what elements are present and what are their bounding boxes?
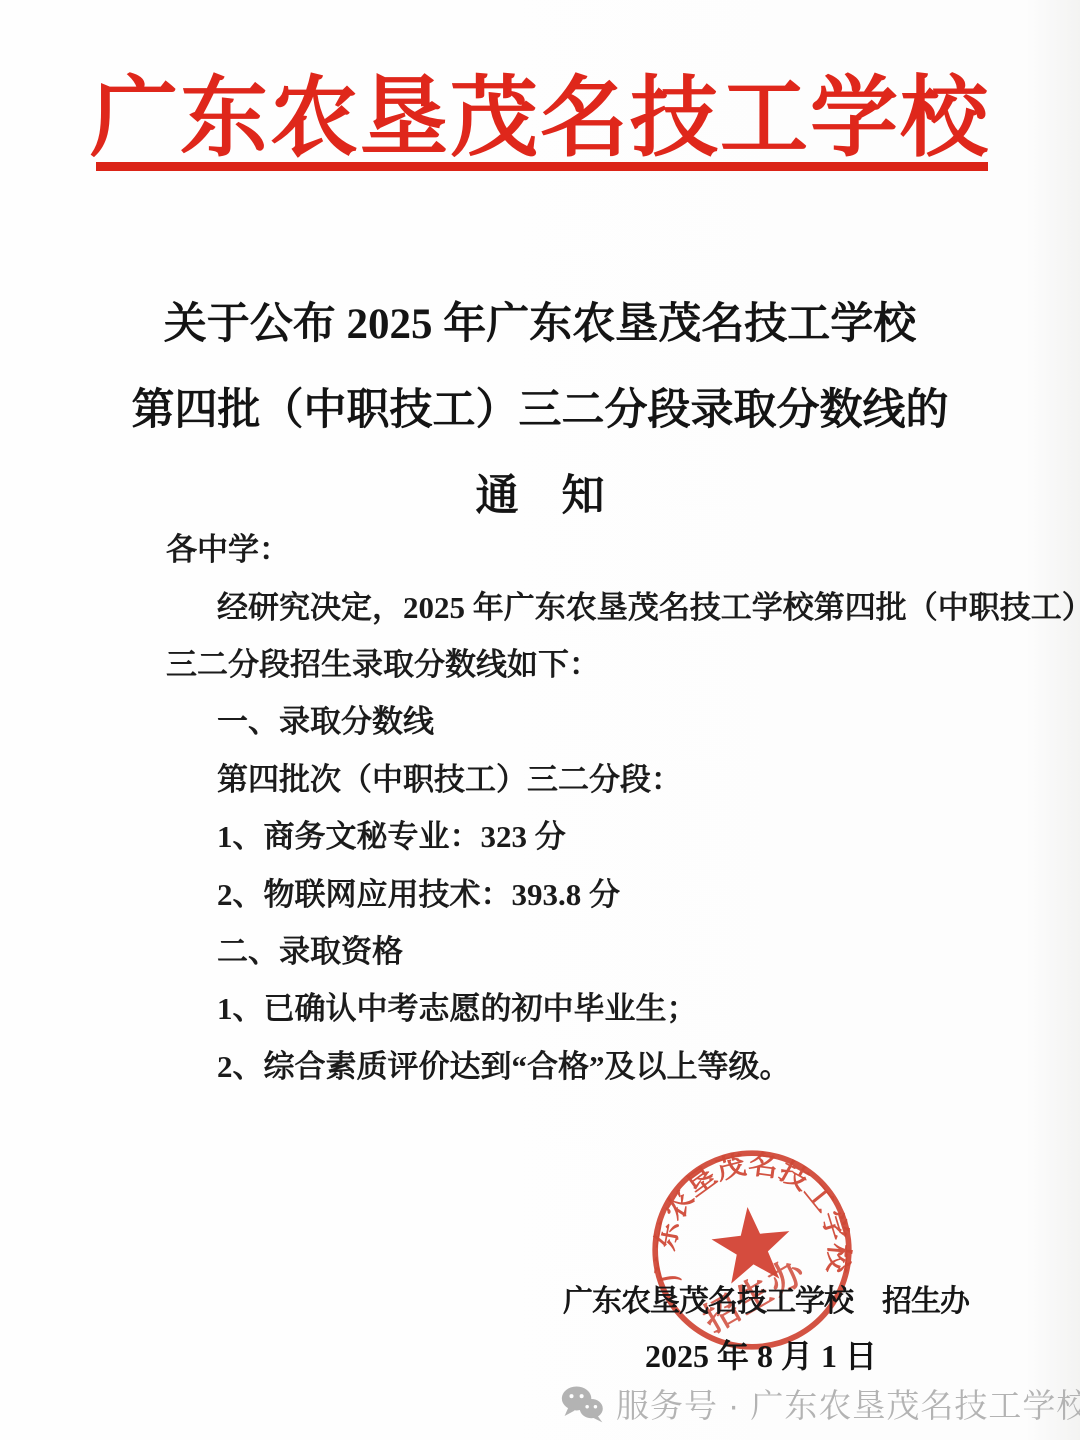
official-seal-stamp: 广东农垦茂名技工学校 招生办 bbox=[639, 1137, 865, 1363]
seal-graphic: 广东农垦茂名技工学校 招生办 bbox=[639, 1137, 865, 1363]
notice-body: 各中学： 经研究决定，2025 年广东农垦茂名技工学校第四批（中职技工） 三二分… bbox=[166, 518, 941, 1092]
letterhead-school-name: 广东农垦茂名技工学校 bbox=[0, 48, 1080, 174]
eligibility-line-2: 2、综合素质评价达到“合格”及以上等级。 bbox=[166, 1035, 941, 1092]
body-line: 第四批次（中职技工）三二分段： bbox=[166, 748, 941, 805]
salutation: 各中学： bbox=[166, 518, 941, 575]
document-date: 2025 年 8 月 1 日 bbox=[645, 1331, 877, 1377]
body-line: 三二分段招生录取分数线如下： bbox=[166, 633, 941, 690]
wechat-icon bbox=[560, 1384, 606, 1424]
scanned-notice-page: 广东农垦茂名技工学校 关于公布 2025 年广东农垦茂名技工学校 第四批（中职技… bbox=[0, 0, 1080, 1440]
footer-watermark: 服务号 · 广东农垦茂名技工学校 bbox=[560, 1380, 1080, 1427]
signature-line: 广东农垦茂名技工学校 招生办 bbox=[563, 1276, 969, 1320]
notice-title-line1: 关于公布 2025 年广东农垦茂名技工学校 bbox=[0, 282, 1080, 368]
notice-title-line2: 第四批（中职技工）三二分段录取分数线的 bbox=[0, 368, 1080, 454]
notice-title: 关于公布 2025 年广东农垦茂名技工学校 第四批（中职技工）三二分段录取分数线… bbox=[0, 282, 1080, 540]
section-heading-scores: 一、录取分数线 bbox=[166, 690, 941, 747]
score-line-2: 2、物联网应用技术：393.8 分 bbox=[166, 862, 941, 919]
section-heading-eligibility: 二、录取资格 bbox=[166, 920, 941, 977]
body-line: 经研究决定，2025 年广东农垦茂名技工学校第四批（中职技工） bbox=[166, 575, 941, 632]
eligibility-line-1: 1、已确认中考志愿的初中毕业生； bbox=[166, 977, 941, 1034]
footer-service-label: 服务号 · 广东农垦茂名技工学校 bbox=[616, 1380, 1080, 1427]
score-line-1: 1、商务文秘专业：323 分 bbox=[166, 805, 941, 862]
letterhead-divider bbox=[96, 162, 988, 171]
